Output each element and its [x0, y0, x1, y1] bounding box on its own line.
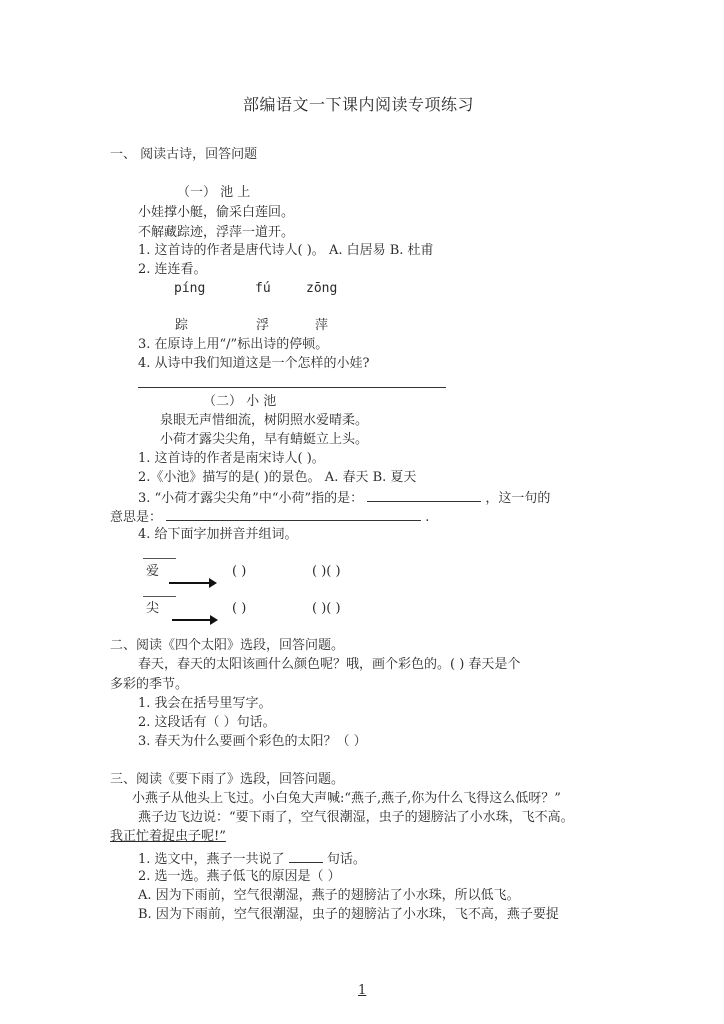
poem1-title: （一） 池 上 [177, 185, 250, 201]
poem2-question-4: 4. 给下面字加拼音并组词。 [138, 527, 298, 543]
section2-question-3: 3. 春天为什么要画个彩色的太阳？（ ） [138, 734, 367, 750]
answer-blank[interactable] [166, 508, 421, 521]
pinyin-line[interactable] [143, 558, 176, 559]
word-bracket-1[interactable]: ( ) [232, 564, 246, 580]
poem1-question-1: 1. 这首诗的作者是唐代诗人( )。 A. 白居易 B. 杜甫 [138, 243, 434, 259]
pinyin-zong: zōng [306, 281, 337, 297]
poem1-line-2: 不解藏踪迹，浮萍一道开。 [138, 225, 294, 241]
section3-para-3: 我正忙着捉虫子呢!” [110, 829, 226, 845]
q3-text-2: ，这一句的 [485, 491, 550, 506]
q3-end: . [425, 510, 429, 525]
word-char-jian: 尖 [146, 601, 159, 617]
word-bracket-4[interactable]: ( )( ) [312, 601, 341, 617]
poem1-question-2: 2. 连连看。 [138, 262, 207, 278]
section2-question-2: 2. 这段话有（ ）句话。 [138, 715, 276, 731]
char-fu: 浮 [256, 318, 269, 334]
arrow-icon [172, 619, 212, 621]
section3-para-2: 燕子边飞边说：“要下雨了，空气很潮湿，虫子的翅膀沾了小水珠，飞不高。 [138, 810, 574, 826]
char-ping: 萍 [315, 318, 328, 334]
section2-question-1: 1. 我会在括号里写字。 [138, 696, 272, 712]
answer-blank[interactable] [367, 489, 481, 502]
q3-text: 3. “小荷才露尖尖角”中“小荷”指的是： [138, 491, 363, 506]
option-a: A. 因为下雨前，空气很潮湿，燕子的翅膀沾了小水珠，所以低飞。 [138, 888, 520, 904]
pinyin-line[interactable] [143, 596, 176, 597]
poem2-question-3: 3. “小荷才露尖尖角”中“小荷”指的是： ，这一句的 [138, 489, 550, 507]
word-bracket-3[interactable]: ( ) [232, 601, 246, 617]
poem1-question-4: 4. 从诗中我们知道这是一个怎样的小娃? [138, 356, 370, 372]
q3-meaning-label: 意思是： [110, 510, 162, 525]
q1-text: 1. 选文中，燕子一共说了 [138, 852, 285, 867]
poem2-question-1: 1. 这首诗的作者是南宋诗人( )。 [138, 451, 325, 467]
section2-para-1: 春天，春天的太阳该画什么颜色呢？哦，画个彩色的。( ) 春天是个 [138, 657, 520, 673]
poem1-line-1: 小娃撑小艇，偷采白莲回。 [138, 205, 294, 221]
answer-blank[interactable] [289, 850, 323, 863]
section3-para-1: 小燕子从他头上飞过。小白兔大声喊:“燕子,燕子,你为什么飞得这么低呀？” [132, 791, 561, 807]
section1-heading: 一、 阅读古诗，回答问题 [110, 147, 257, 163]
char-zong: 踪 [175, 318, 188, 334]
word-char-ai: 爱 [146, 564, 159, 580]
arrow-icon [169, 582, 211, 584]
section3-heading: 三、阅读《要下雨了》选段，回答问题。 [110, 772, 344, 788]
section2-para-2: 多彩的季节。 [110, 677, 188, 693]
section2-heading: 二、阅读《四个太阳》选段，回答问题。 [110, 638, 344, 654]
poem2-line-2: 小荷才露尖尖角，早有蜻蜓立上头。 [160, 432, 368, 448]
answer-line[interactable] [138, 387, 446, 388]
page-title: 部编语文一下课内阅读专项练习 [243, 97, 474, 113]
q1-text-2: 句话。 [327, 852, 366, 867]
pinyin-ping: píng [174, 281, 205, 297]
poem2-question-2: 2.《小池》描写的是( )的景色。 A. 春天 B. 夏天 [138, 470, 416, 486]
poem2-question-3-cont: 意思是： . [110, 508, 429, 526]
word-bracket-2[interactable]: ( )( ) [312, 564, 341, 580]
pinyin-fu: fú [255, 281, 271, 297]
section3-question-1: 1. 选文中，燕子一共说了 句话。 [138, 850, 366, 868]
poem2-title: （二） 小 池 [203, 394, 276, 410]
option-b: B. 因为下雨前，空气很潮湿，虫子的翅膀沾了小水珠，飞不高，燕子要捉 [138, 907, 559, 923]
poem1-question-3: 3. 在原诗上用“/”标出诗的停顿。 [138, 337, 328, 353]
section3-question-2: 2. 选一选。燕子低飞的原因是（ ） [138, 869, 341, 885]
poem2-line-1: 泉眼无声惜细流，树阴照水爱晴柔。 [160, 413, 368, 429]
page-number: 1 [358, 983, 366, 999]
